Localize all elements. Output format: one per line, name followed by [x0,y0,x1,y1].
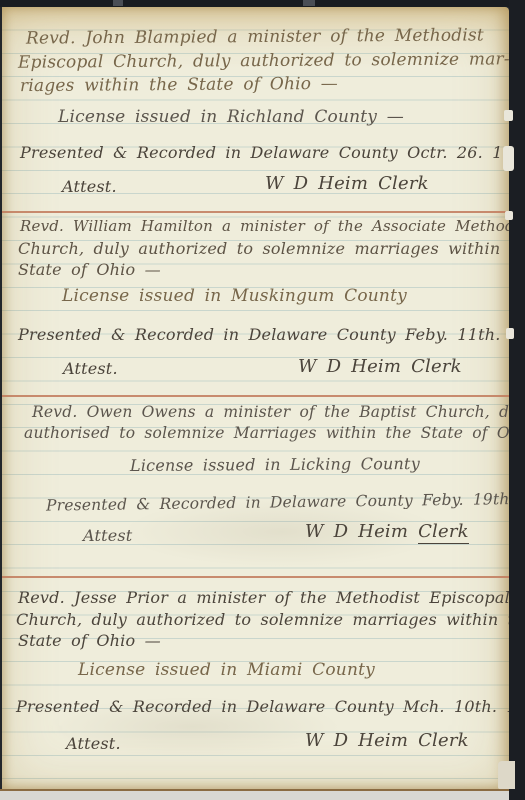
minister-entry-line: Revd. Jesse Prior a minister of the Meth… [18,588,510,607]
presented-recorded-line: Presented & Recorded in Delaware County … [18,325,525,344]
minister-entry-line: Church, duly authorized to solemnize mar… [18,239,525,258]
presented-recorded-line: Presented & Recorded in Delaware County … [16,697,525,716]
minister-entry-line: Revd. William Hamilton a minister of the… [20,217,525,235]
clerk-signature: W D Heim Clerk [298,356,462,377]
ledger-page: Revd. John Blampied a minister of the Me… [2,7,509,791]
attest-label: Attest [83,526,132,545]
page-edge-tear [505,211,513,220]
presented-recorded-line: Presented & Recorded in Delaware County … [20,143,525,162]
clerk-title: Clerk [418,521,469,544]
minister-entry-line: Church, duly authorized to solemnize mar… [16,610,525,629]
license-line: License issued in Miami County [78,660,375,680]
clerk-name: W D Heim [305,521,408,542]
license-line: License issued in Richland County — [58,107,404,127]
license-line: License issued in Licking County [130,454,420,475]
minister-entry-line: State of Ohio — [18,260,161,279]
minister-entry-line: Revd. Owen Owens a minister of the Bapti… [32,403,525,421]
page-edge-notch [113,0,123,6]
entry-separator-rule [2,211,509,213]
page-corner-tear [498,761,515,789]
presented-recorded-line: Presented & Recorded in Delaware County … [46,489,525,514]
clerk-name: W D Heim [265,173,368,194]
clerk-title: Clerk [418,730,469,751]
page-edge-tear [503,146,514,171]
license-line: License issued in Muskingum County [62,286,407,306]
page-edge-tear [504,110,513,121]
page-edge-notch [303,0,315,6]
minister-entry-line: riages within the State of Ohio — [20,74,338,96]
clerk-name: W D Heim [305,730,408,751]
minister-entry-line: State of Ohio — [18,631,161,650]
minister-entry-line: authorised to solemnize Marriages within… [24,424,525,442]
minister-entry-line: Episcopal Church, duly authorized to sol… [18,49,510,72]
minister-entry-line: Revd. John Blampied a minister of the Me… [26,25,484,48]
clerk-signature: W D Heim Clerk [305,521,469,542]
attest-label: Attest. [62,177,117,196]
scanner-background-bottom [0,791,509,800]
clerk-title: Clerk [378,173,429,194]
attest-label: Attest. [63,359,118,378]
binding-edge-top [0,0,525,7]
page-edge-tear [506,328,514,339]
scanned-ledger-photo: Revd. John Blampied a minister of the Me… [0,0,525,800]
clerk-name: W D Heim [298,356,401,377]
attest-label: Attest. [66,734,121,753]
entry-separator-rule [2,395,509,397]
clerk-signature: W D Heim Clerk [265,173,429,194]
clerk-signature: W D Heim Clerk [305,730,469,751]
entry-separator-rule [2,576,509,578]
clerk-title: Clerk [411,356,462,377]
